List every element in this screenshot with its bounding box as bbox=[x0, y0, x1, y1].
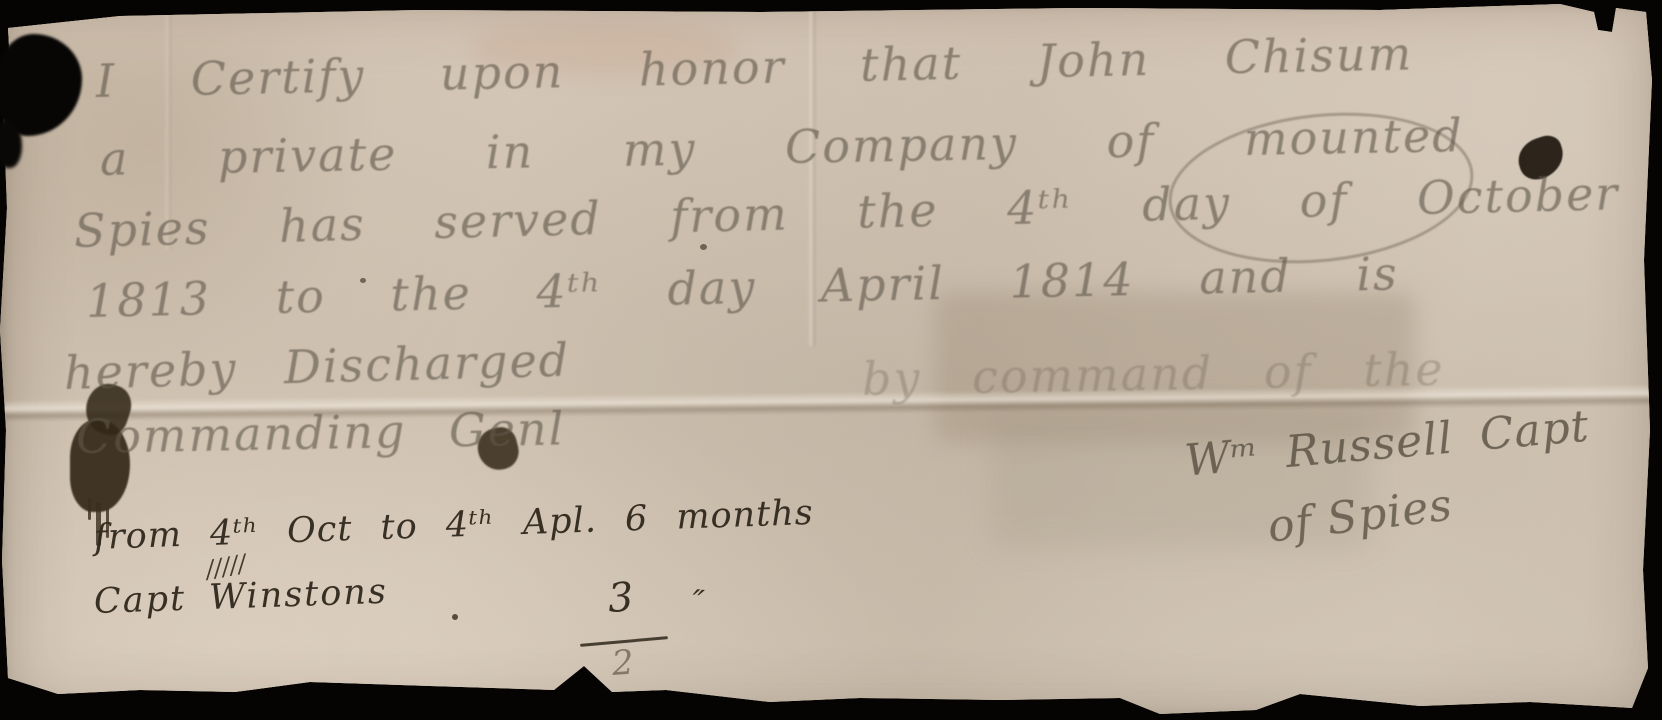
scanned-document-view: I Certify upon honor that John Chisum a … bbox=[0, 0, 1662, 720]
handwritten-line-certify: I Certify upon honor that John Chisum bbox=[95, 26, 1413, 108]
handwritten-line-by-command: by command of the bbox=[862, 342, 1445, 406]
annotation-service-summary: from 4ᵗʰ Oct to 4ᵗʰ Apl. 6 months bbox=[93, 493, 814, 558]
annotation-figure-numerator: 3 bbox=[606, 574, 636, 622]
paper-sheet: I Certify upon honor that John Chisum a … bbox=[0, 0, 1662, 720]
annotation-captain: Capt Winstons bbox=[93, 572, 388, 622]
ink-drip bbox=[88, 498, 91, 520]
annotation-figure-denominator: 2 bbox=[611, 642, 636, 683]
handwritten-line-commanding: Commanding Genl bbox=[76, 401, 566, 464]
annotation-ditto-mark: ″ bbox=[690, 582, 707, 621]
handwritten-line-discharged: hereby Discharged bbox=[63, 333, 570, 400]
ink-speck bbox=[700, 244, 707, 250]
ink-speck bbox=[452, 614, 458, 620]
